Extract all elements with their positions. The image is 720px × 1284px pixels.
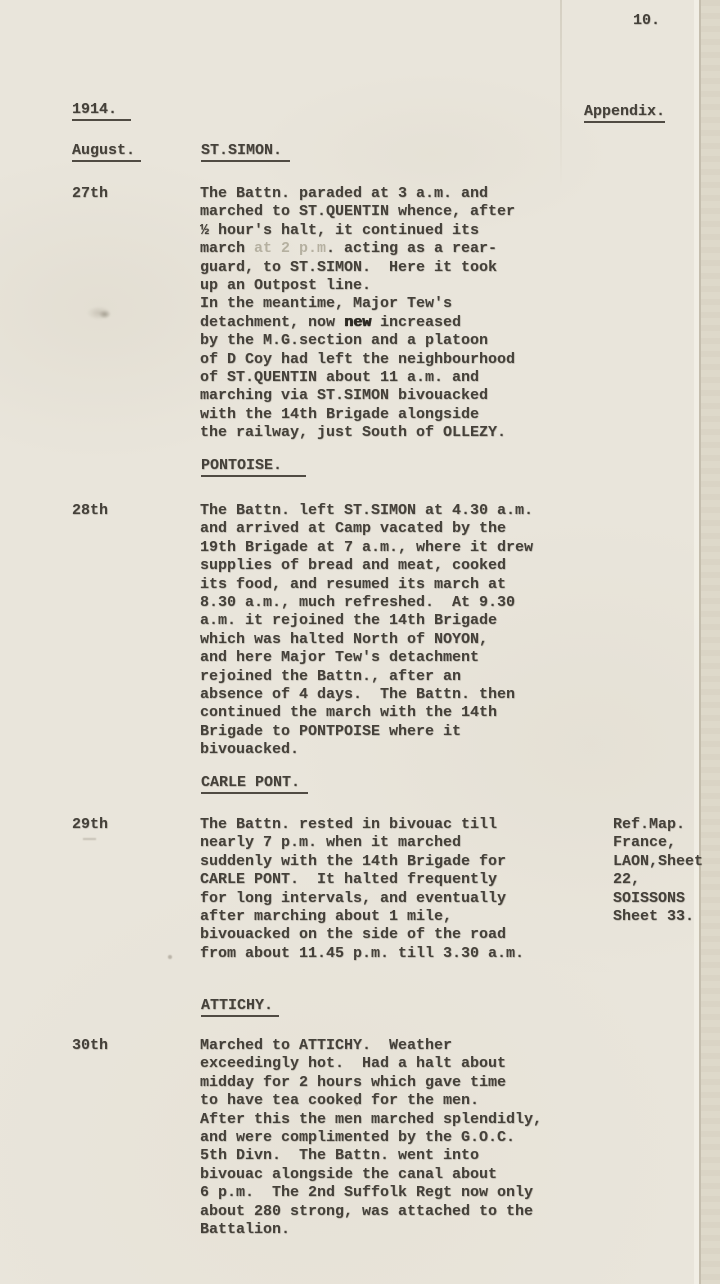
text-line: France, xyxy=(613,834,703,852)
text-line: with the 14th Brigade alongside xyxy=(200,406,515,424)
text-line: midday for 2 hours which gave time xyxy=(200,1074,542,1092)
section-title-pontoise: PONTOISE. xyxy=(201,457,306,477)
text-line: a.m. it rejoined the 14th Brigade xyxy=(200,612,533,630)
pencil-dash-mark xyxy=(83,838,96,840)
text-line: Marched to ATTICHY. Weather xyxy=(200,1037,542,1055)
faded-text-fragment: at 2 p.m xyxy=(254,240,326,257)
text-line: LAON,Sheet xyxy=(613,853,703,871)
text-line: bivouacked. xyxy=(200,741,533,759)
text-fragment: increased xyxy=(371,314,461,331)
entry-date-28th: 28th xyxy=(72,502,108,519)
text-fragment: . acting as a rear- xyxy=(326,240,497,257)
text-line: 19th Brigade at 7 a.m., where it drew xyxy=(200,539,533,557)
text-line: SOISSONS xyxy=(613,890,703,908)
text-line: absence of 4 days. The Battn. then xyxy=(200,686,533,704)
text-line: 5th Divn. The Battn. went into xyxy=(200,1147,542,1165)
text-line: The Battn. paraded at 3 a.m. and xyxy=(200,185,515,203)
section-title-stsimon: ST.SIMON. xyxy=(201,142,290,162)
text-line: and here Major Tew's detachment xyxy=(200,649,533,667)
section-title-text: ST.SIMON. xyxy=(201,142,290,162)
text-line: continued the march with the 14th xyxy=(200,704,533,722)
text-line: CARLE PONT. It halted frequently xyxy=(200,871,524,889)
text-line: bivouacked on the side of the road xyxy=(200,926,524,944)
text-line: which was halted North of NOYON, xyxy=(200,631,533,649)
entry-date-29th: 29th xyxy=(72,816,108,833)
text-line: Brigade to PONTPOISE where it xyxy=(200,723,533,741)
entry-date-27th: 27th xyxy=(72,185,108,202)
text-fragment: detachment, now xyxy=(200,314,344,331)
appendix-text: Appendix. xyxy=(584,103,665,123)
year-label: 1914. xyxy=(72,101,131,121)
text-line: march at 2 p.m. acting as a rear- xyxy=(200,240,515,258)
section-title-text: CARLE PONT. xyxy=(201,774,308,794)
text-line: 8.30 a.m., much refreshed. At 9.30 xyxy=(200,594,533,612)
diary-page: 10. 1914. Appendix. August. ST.SIMON. 27… xyxy=(0,0,720,1284)
text-line: The Battn. rested in bivouac till xyxy=(200,816,524,834)
smudge-mark xyxy=(82,300,120,326)
ink-speck xyxy=(168,955,172,959)
text-line: after marching about 1 mile, xyxy=(200,908,524,926)
entry-body-28th: The Battn. left ST.SIMON at 4.30 a.m.and… xyxy=(200,502,533,759)
section-title-text: PONTOISE. xyxy=(201,457,306,477)
page-number: 10. xyxy=(633,12,660,29)
paper-crease xyxy=(560,0,562,190)
text-line: of ST.QUENTIN about 11 a.m. and xyxy=(200,369,515,387)
section-title-attichy: ATTICHY. xyxy=(201,997,279,1017)
text-line: bivouac alongside the canal about xyxy=(200,1166,542,1184)
text-line: and arrived at Camp vacated by the xyxy=(200,520,533,538)
entry-body-30th: Marched to ATTICHY. Weatherexceedingly h… xyxy=(200,1037,542,1239)
text-line: of D Coy had left the neighbourhood xyxy=(200,351,515,369)
section-title-text: ATTICHY. xyxy=(201,997,279,1017)
text-line: In the meantime, Major Tew's xyxy=(200,295,515,313)
text-line: to have tea cooked for the men. xyxy=(200,1092,542,1110)
month-label: August. xyxy=(72,142,141,162)
month-text: August. xyxy=(72,142,141,162)
text-line: and were complimented by the G.O.C. xyxy=(200,1129,542,1147)
text-line: 22, xyxy=(613,871,703,889)
text-line: detachment, now new increased xyxy=(200,314,515,332)
text-line: Battalion. xyxy=(200,1221,542,1239)
text-line: exceedingly hot. Had a halt about xyxy=(200,1055,542,1073)
text-line: 6 p.m. The 2nd Suffolk Regt now only xyxy=(200,1184,542,1202)
text-line: suddenly with the 14th Brigade for xyxy=(200,853,524,871)
text-line: Sheet 33. xyxy=(613,908,703,926)
paper-backing-strip xyxy=(701,0,720,1284)
entry-date-30th: 30th xyxy=(72,1037,108,1054)
text-line: marching via ST.SIMON bivouacked xyxy=(200,387,515,405)
text-line: the railway, just South of OLLEZY. xyxy=(200,424,515,442)
text-line: nearly 7 p.m. when it marched xyxy=(200,834,524,852)
text-line: for long intervals, and eventually xyxy=(200,890,524,908)
section-title-carlepont: CARLE PONT. xyxy=(201,774,308,794)
text-line: rejoined the Battn., after an xyxy=(200,668,533,686)
text-line: The Battn. left ST.SIMON at 4.30 a.m. xyxy=(200,502,533,520)
text-line: supplies of bread and meat, cooked xyxy=(200,557,533,575)
text-line: marched to ST.QUENTIN whence, after xyxy=(200,203,515,221)
text-line: its food, and resumed its march at xyxy=(200,576,533,594)
entry-body-29th: The Battn. rested in bivouac tillnearly … xyxy=(200,816,524,963)
text-line: guard, to ST.SIMON. Here it took xyxy=(200,259,515,277)
appendix-label: Appendix. xyxy=(584,103,665,123)
map-reference-note: Ref.Map.France,LAON,Sheet22,SOISSONSShee… xyxy=(613,816,703,926)
text-line: about 280 strong, was attached to the xyxy=(200,1203,542,1221)
year-text: 1914. xyxy=(72,101,131,121)
text-line: by the M.G.section and a platoon xyxy=(200,332,515,350)
text-line: up an Outpost line. xyxy=(200,277,515,295)
text-line: from about 11.45 p.m. till 3.30 a.m. xyxy=(200,945,524,963)
entry-body-27th: The Battn. paraded at 3 a.m. andmarched … xyxy=(200,185,515,442)
text-line: ½ hour's halt, it continued its xyxy=(200,222,515,240)
overtype-text-fragment: new xyxy=(344,314,371,331)
text-line: After this the men marched splendidly, xyxy=(200,1111,542,1129)
text-fragment: march xyxy=(200,240,254,257)
text-line: Ref.Map. xyxy=(613,816,703,834)
